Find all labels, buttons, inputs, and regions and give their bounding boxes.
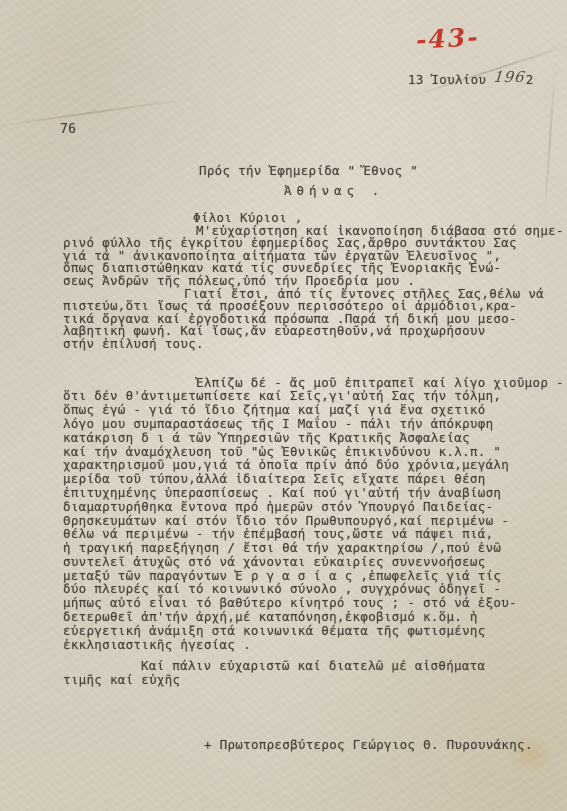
date-line: 13 Ἰουλίου 1962 (408, 70, 534, 88)
letter-line: εὐεργετική ἀνάμιξη στά κοινωνικά θέματα … (63, 624, 535, 638)
paragraph-1: Μ'εὐχαρίστηση καί ἱκανοποίηση διάβασα στ… (63, 225, 535, 288)
letter-line: ἡ τραγική παρεξήγηση / ἔτσι θά τήν χαρακ… (63, 541, 535, 555)
date-handwritten-part: 196 (493, 68, 527, 86)
letter-line: τιμῆς καί εὐχῆς (63, 673, 535, 687)
recipient-city: Ἀθήνας . (284, 183, 384, 198)
paper-crease (0, 98, 189, 128)
letter-line: ὅπως ἐγώ - γιά τό ἴδιο ζήτημα καί μαζί γ… (63, 403, 535, 417)
letter-line: Καί πάλιν εὐχαριστῶ καί διατελῶ μέ αἰσθή… (63, 659, 535, 673)
letter-body: Φίλοι Κύριοι , Μ'εὐχαρίστηση καί ἱκανοπο… (63, 212, 535, 686)
letter-line: ἐκκλησιαστικῆς ἡγεσίας . (63, 638, 535, 652)
paragraph-2: Γιατί ἔτσι, ἀπό τίς ἔντονες στῆλες Σας,θ… (63, 288, 535, 351)
letter-line: χαρακτηρισμοῦ μου,γιά τά ὁποῖα πρίν ἀπό … (63, 458, 535, 472)
letter-line: θέλω νά περιμένω - τήν ἐπέμβασή τους,ὥστ… (63, 527, 535, 541)
recipient-line: Πρός τήν Ἐφημερίδα " Ἔθνος " (199, 163, 418, 178)
letter-line: ὅτι δέν θ'ἀντιμετωπίσετε καί Σεῖς,γι'αὐτ… (63, 389, 535, 403)
red-page-annotation: -43- (415, 22, 480, 54)
letter-line: διαμαρτυρήθηκα ἔντονα πρό ἡμερῶν στόν Ὑπ… (63, 500, 535, 514)
letter-page: -43- 13 Ἰουλίου 1962 76 Πρός τήν Ἐφημερί… (0, 0, 567, 811)
letter-line: κατάκριση δ ι ά τῶν Ὑπηρεσιῶν τῆς Κρατικ… (63, 431, 535, 445)
letter-line: συντελεῖ ἀτυχῶς στό νά χάνονται εὐκαιρίε… (63, 555, 535, 569)
date-typed-part: 13 Ἰουλίου (408, 72, 486, 87)
page-number: 76 (60, 122, 76, 137)
letter-line: μερίδα τοῦ τύπου,ἀλλά ἰδιαίτερα Σεῖς εἴχ… (63, 472, 535, 486)
letter-line: μεταξύ τῶν παραγόντων Ἐ ρ γ α σ ί α ς ,ἐ… (63, 569, 535, 583)
date-typed-digit: 2 (526, 72, 534, 87)
letter-line: δετερωθεῖ ἀπ'τήν ἀρχή,μέ καταπόνηση,ἐκφο… (63, 610, 535, 624)
letter-line: ἐπιτυχημένης ὑπερασπίσεως . Καί πού γι'α… (63, 486, 535, 500)
letter-line: Ἐλπίζω δέ - ἄς μοῦ ἐπιτραπεῖ καί λίγο χι… (63, 376, 535, 390)
letter-line: μήπως αὐτό εἶναι τό βαθύτερο κίνητρό του… (63, 596, 535, 610)
letter-line: στήν ἐπίλυσή τους. (63, 338, 535, 351)
paragraph-3: Ἐλπίζω δέ - ἄς μοῦ ἐπιτραπεῖ καί λίγο χι… (63, 376, 535, 652)
paper-crease (543, 55, 557, 225)
letter-line: καί τήν ἀναμόχλευση τοῦ "ὡς Ἐθνικῶς ἐπικ… (63, 445, 535, 459)
letter-line: Θρησκευμάτων καί στόν ἴδιο τόν Πρωθυπουρ… (63, 514, 535, 528)
signature-line: + Πρωτοπρεσβύτερος Γεώργιος Θ. Πυρουνάκη… (204, 737, 533, 752)
letter-line: λόγο μου συμπαραστάσεως τῆς Ι Μαΐου - πά… (63, 417, 535, 431)
paragraph-4-closing: Καί πάλιν εὐχαριστῶ καί διατελῶ μέ αἰσθή… (63, 659, 535, 686)
